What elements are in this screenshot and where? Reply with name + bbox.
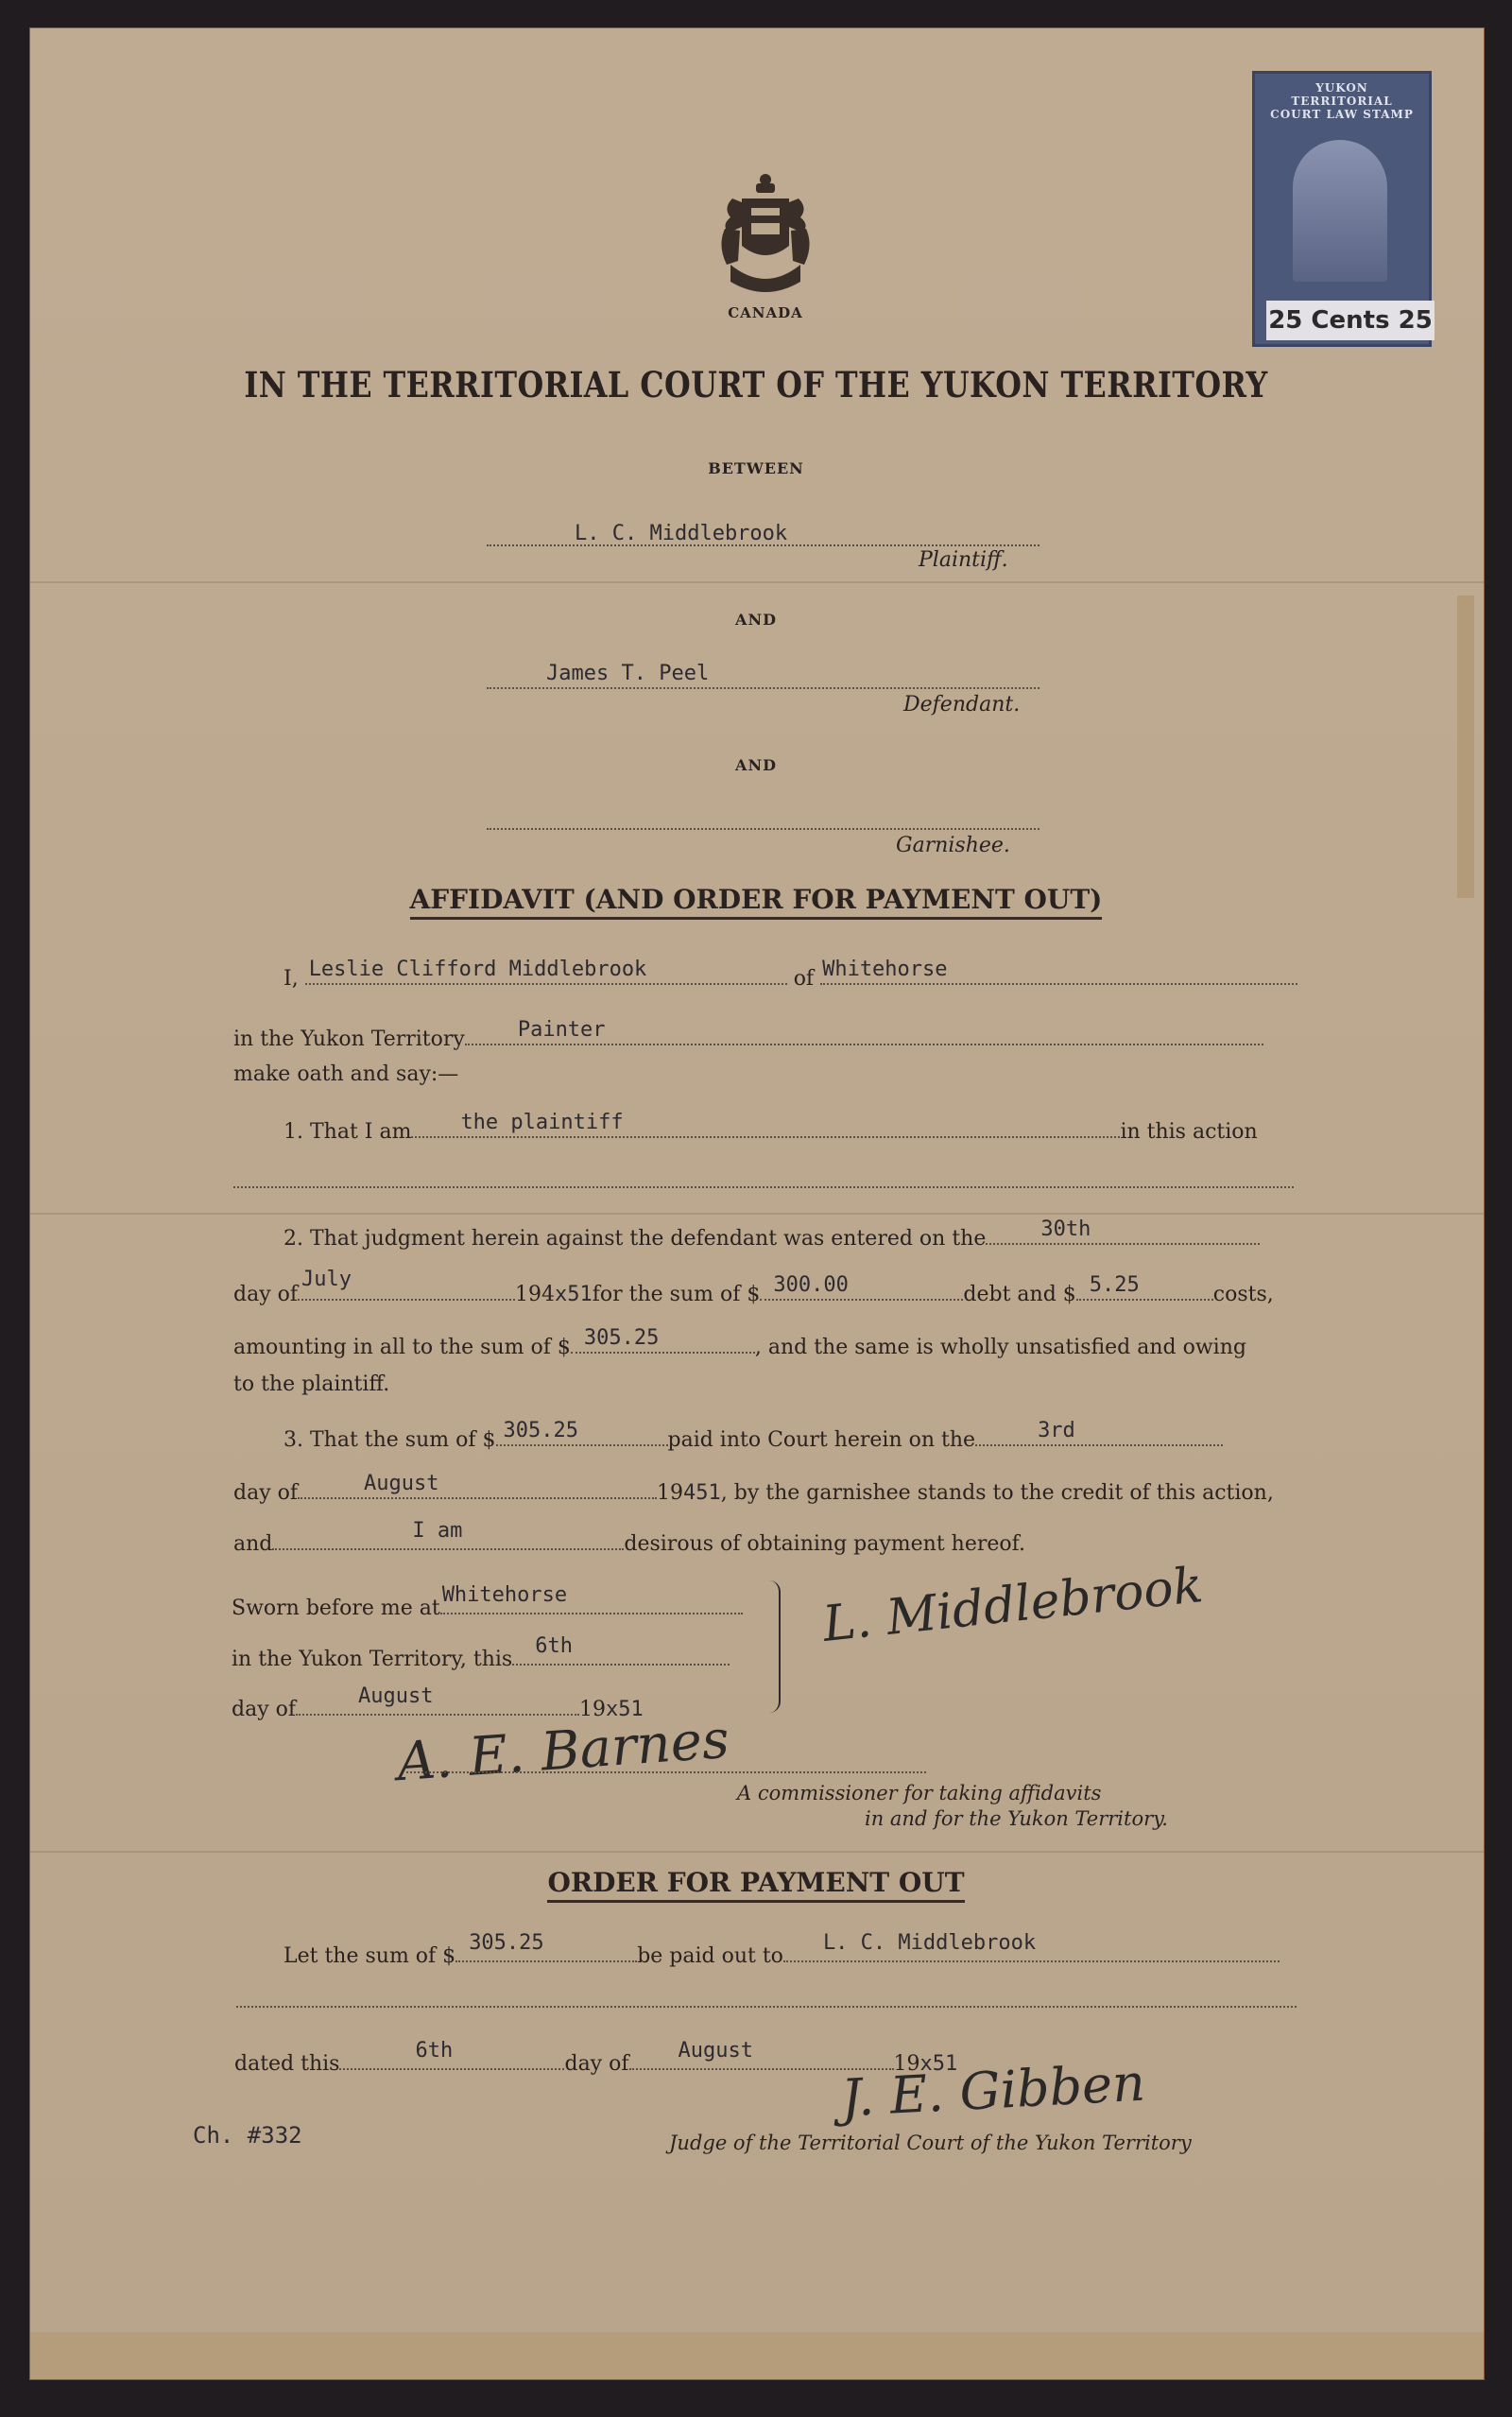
order-month: August <box>679 2039 753 2063</box>
debt-label: debt and $ <box>963 1283 1075 1306</box>
sworn-month-field: August <box>296 1693 579 1716</box>
between-label: BETWEEN <box>0 459 1512 477</box>
commissioner-title-2: in and for the Yukon Territory. <box>865 1807 1168 1830</box>
total-suffix: , and the same is wholly unsatisfied and… <box>755 1336 1246 1359</box>
fold-line <box>30 1213 1484 1215</box>
oath-label: make oath and say:— <box>233 1062 458 1086</box>
sum-label: for the sum of $ <box>593 1283 761 1306</box>
paid-amount: 305.25 <box>504 1419 578 1442</box>
paid-label: paid into Court herein on the <box>668 1428 976 1452</box>
order-sum-label: Let the sum of $ <box>283 1944 455 1968</box>
order-continuation-line <box>236 2004 1297 2008</box>
judgment-month: July <box>301 1268 352 1291</box>
paragraph-2-line-3: amounting in all to the sum of $305.25, … <box>233 1331 1246 1359</box>
capacity-field: the plaintiff <box>411 1115 1120 1138</box>
judgment-month-field: July <box>298 1278 515 1301</box>
day-of-label: day of <box>233 1283 298 1306</box>
and-label: and <box>233 1532 272 1556</box>
paragraph-3-line-3: andI amdesirous of obtaining payment her… <box>233 1528 1025 1556</box>
paragraph-2-closing: to the plaintiff. <box>233 1373 389 1396</box>
occupation: Painter <box>518 1018 606 1042</box>
para1-prefix: 1. That I am <box>283 1120 411 1144</box>
and-label: AND <box>0 611 1512 629</box>
paragraph-2-line-2: day ofJuly194x51for the sum of $300.00de… <box>233 1278 1274 1306</box>
plaintiff-label: Plaintiff. <box>919 548 1008 572</box>
jurat-line-2: in the Yukon Territory, this6th <box>232 1643 730 1671</box>
desire-label: desirous of obtaining payment hereof. <box>624 1532 1025 1556</box>
order-day: 6th <box>415 2039 453 2063</box>
costs-label: costs, <box>1213 1283 1274 1306</box>
intro-prefix: I, <box>283 967 299 991</box>
paid-day-field: 3rd <box>975 1424 1223 1446</box>
total-amount: 305.25 <box>584 1326 659 1350</box>
coat-of-arms-icon <box>713 170 817 302</box>
jurat-brace <box>765 1580 781 1713</box>
paid-month: August <box>364 1472 438 1495</box>
jurat-line-1: Sworn before me atWhitehorse <box>232 1592 743 1620</box>
commissioner-title-1: A commissioner for taking affidavits <box>737 1782 1101 1804</box>
fold-line <box>30 581 1484 583</box>
jurat-line-3: day ofAugust19x51 <box>232 1693 644 1721</box>
payee-field: L. C. Middlebrook <box>783 1940 1280 1962</box>
payee-label: be paid out to <box>637 1944 783 1968</box>
judge-title: Judge of the Territorial Court of the Yu… <box>669 2132 1192 2154</box>
residence: Whitehorse <box>822 958 947 981</box>
order-amount-field: 305.25 <box>455 1940 637 1962</box>
paid-amount-field: 305.25 <box>496 1424 668 1446</box>
order-month-field: August <box>629 2047 894 2070</box>
deponent-name: Leslie Clifford Middlebrook <box>309 958 647 981</box>
paper-stain <box>1457 596 1474 898</box>
file-reference: Ch. #332 <box>193 2122 302 2149</box>
order-day-field: 6th <box>339 2047 564 2070</box>
para2-prefix: 2. That judgment herein against the defe… <box>283 1227 986 1251</box>
sworn-month: August <box>358 1684 433 1708</box>
affidavit-heading-text: AFFIDAVIT (AND ORDER FOR PAYMENT OUT) <box>410 884 1103 920</box>
payee-name: L. C. Middlebrook <box>823 1931 1036 1955</box>
judgment-year: x51 <box>555 1283 593 1306</box>
order-amount: 305.25 <box>469 1931 543 1955</box>
paid-year: 451 <box>683 1481 721 1505</box>
defendant-line <box>487 685 1039 689</box>
order-heading: ORDER FOR PAYMENT OUT <box>0 1867 1512 1898</box>
of-label: of <box>794 967 814 991</box>
garnishee-line <box>487 826 1039 830</box>
costs-field: 5.25 <box>1076 1278 1213 1301</box>
defendant-name: James T. Peel <box>546 662 709 685</box>
sworn-day-field: 6th <box>512 1643 730 1666</box>
crest-label: CANADA <box>699 304 832 321</box>
order-line-1: Let the sum of $305.25be paid out toL. C… <box>283 1940 1280 1968</box>
defendant-label: Defendant. <box>903 693 1020 716</box>
deponent-name-field: Leslie Clifford Middlebrook <box>305 962 787 985</box>
judgment-day: 30th <box>1040 1217 1091 1241</box>
sworn-place: Whitehorse <box>442 1583 567 1607</box>
paid-day: 3rd <box>1038 1419 1075 1442</box>
paragraph-1: 1. That I amthe plaintiffin this action <box>283 1115 1258 1144</box>
debt-amount: 300.00 <box>773 1273 848 1297</box>
order-heading-text: ORDER FOR PAYMENT OUT <box>547 1867 964 1903</box>
day-of-label: day of <box>233 1481 298 1505</box>
occupation-field: Painter <box>465 1023 1263 1045</box>
intro-line-2: in the Yukon TerritoryPainter <box>233 1023 1263 1051</box>
intro-line-1: I, Leslie Clifford Middlebrook of Whiteh… <box>283 962 1297 991</box>
costs-amount: 5.25 <box>1090 1273 1140 1297</box>
commissioner-line <box>406 1770 926 1773</box>
applicant-field: I am <box>272 1528 624 1550</box>
residence-field: Whitehorse <box>820 962 1297 985</box>
credit-label: , by the garnishee stands to the credit … <box>721 1481 1274 1505</box>
sworn-day: 6th <box>535 1634 573 1658</box>
paper-stain <box>30 2332 1484 2379</box>
year-prefix: 19 <box>657 1481 683 1505</box>
sworn-place-field: Whitehorse <box>440 1592 743 1614</box>
justice-figure-icon <box>1293 140 1387 282</box>
year-prefix: 194 <box>515 1283 555 1306</box>
law-stamp: YUKON TERRITORIAL COURT LAW STAMP 25 Cen… <box>1252 71 1432 347</box>
dated-label: dated this <box>234 2052 339 2076</box>
affidavit-heading: AFFIDAVIT (AND ORDER FOR PAYMENT OUT) <box>0 884 1512 915</box>
day-of-label: day of <box>564 2052 628 2076</box>
jurat-territory-label: in the Yukon Territory, this <box>232 1648 512 1671</box>
judgment-day-field: 30th <box>986 1222 1260 1245</box>
para1-suffix: in this action <box>1120 1120 1257 1144</box>
court-title: IN THE TERRITORIAL COURT OF THE YUKON TE… <box>106 364 1406 406</box>
paid-month-field: August <box>298 1476 657 1499</box>
territory-label: in the Yukon Territory <box>233 1027 465 1051</box>
paragraph-3-line-2: day ofAugust19451, by the garnishee stan… <box>233 1476 1274 1505</box>
para3-prefix: 3. That the sum of $ <box>283 1428 496 1452</box>
paragraph-3-line-1: 3. That the sum of $305.25paid into Cour… <box>283 1424 1223 1452</box>
paragraph-2-line-1: 2. That judgment herein against the defe… <box>283 1222 1260 1251</box>
total-label: amounting in all to the sum of $ <box>233 1336 571 1359</box>
day-of-label: day of <box>232 1698 296 1721</box>
garnishee-label: Garnishee. <box>896 834 1010 857</box>
and-label: AND <box>0 756 1512 774</box>
debt-field: 300.00 <box>760 1278 963 1301</box>
applicant: I am <box>412 1519 462 1543</box>
total-field: 305.25 <box>571 1331 755 1354</box>
stamp-arch-text: YUKON TERRITORIAL COURT LAW STAMP <box>1266 81 1417 147</box>
stamp-value: 25 Cents 25 <box>1266 301 1435 340</box>
plaintiff-line <box>487 543 1039 546</box>
sworn-label: Sworn before me at <box>232 1597 440 1620</box>
capacity-value: the plaintiff <box>460 1111 623 1134</box>
continuation-line <box>233 1184 1294 1188</box>
fold-line <box>30 1851 1484 1853</box>
